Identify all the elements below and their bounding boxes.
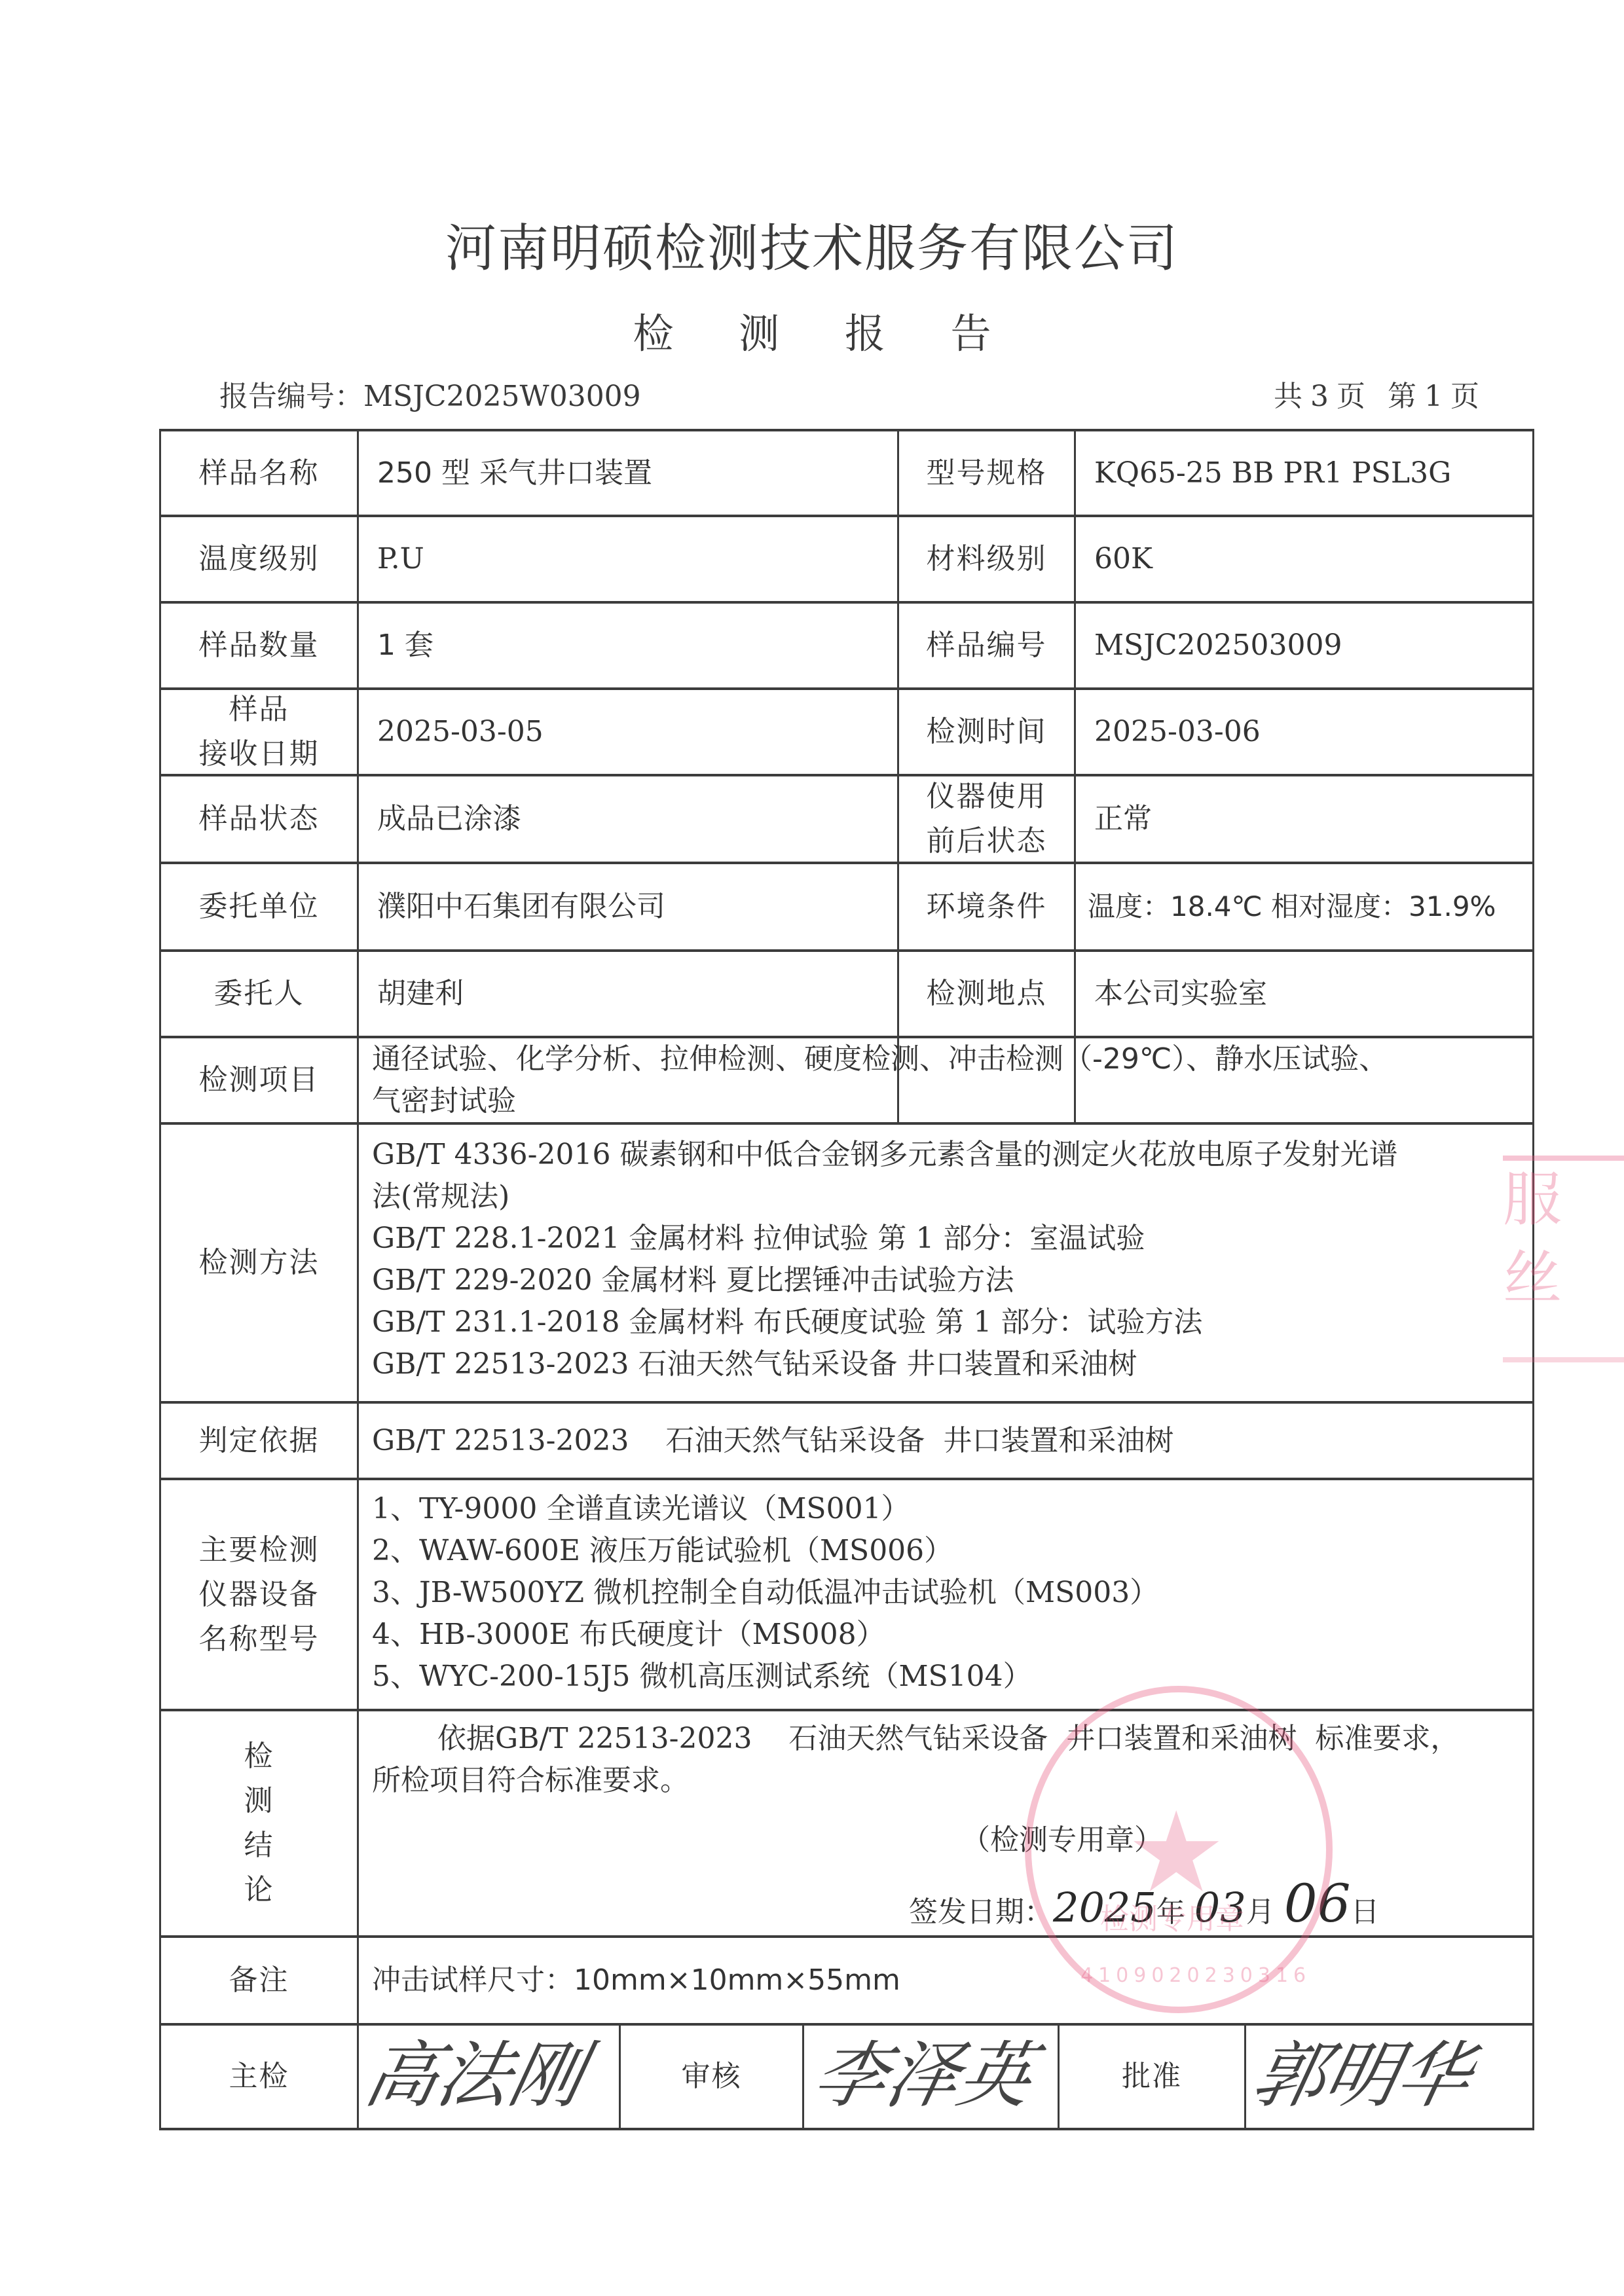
method-line: GB/T 228.1-2021 金属材料 拉伸试验 第 1 部分：室温试验 xyxy=(372,1218,1532,1260)
test-items-line: 通径试验、化学分析、拉伸检测、硬度检测、冲击检测（-29℃）、静水压试验、 xyxy=(372,1038,1532,1080)
label-test-methods: 检测方法 xyxy=(161,1125,357,1401)
issue-day: 06 xyxy=(1284,1873,1351,1934)
label-judgement-basis: 判定依据 xyxy=(161,1404,357,1478)
seal-note: （检测专用章） xyxy=(961,1819,1163,1861)
value-receipt-date: 2025-03-05 xyxy=(359,690,897,774)
label-model-spec: 型号规格 xyxy=(899,431,1074,515)
value-test-methods: GB/T 4336-2016 碳素钢和中低合金钢多元素含量的测定火花放电原子发射… xyxy=(359,1125,1532,1401)
year-char: 年 xyxy=(1156,1895,1185,1929)
label-temperature-class: 温度级别 xyxy=(161,517,357,601)
value-model-spec: KQ65-25 BB PR1 PSL3G xyxy=(1076,431,1532,515)
table-border xyxy=(1532,429,1534,2130)
table-border xyxy=(159,2128,1534,2130)
value-judgement-basis: GB/T 22513-2023 石油天然气钻采设备 井口装置和采油树 xyxy=(359,1404,1532,1478)
instrument-item: 4、HB-3000E 布氏硬度计（MS008） xyxy=(372,1614,1532,1656)
value-client-unit: 濮阳中石集团有限公司 xyxy=(359,864,897,949)
label-line: 名称型号 xyxy=(199,1617,320,1662)
report-number-value: MSJC2025W03009 xyxy=(363,380,641,413)
label-line: 仪器设备 xyxy=(199,1573,320,1617)
conclusion-line: 依据GB/T 22513-2023 石油天然气钻采设备 井口装置和采油树 标准要… xyxy=(437,1718,1459,1760)
label-line: 仪器使用 xyxy=(927,774,1047,819)
label-approver: 批准 xyxy=(1060,2026,1244,2128)
value-environment: 温度：18.4℃ 相对湿度：31.9% xyxy=(1076,864,1532,949)
page-total-prefix: 共 xyxy=(1274,380,1302,413)
issue-date-label: 签发日期： xyxy=(909,1895,1053,1929)
label-environment: 环境条件 xyxy=(899,864,1074,949)
value-client-person: 胡建利 xyxy=(359,952,897,1036)
label-instruments: 主要检测 仪器设备 名称型号 xyxy=(161,1480,357,1709)
label-sample-name: 样品名称 xyxy=(161,431,357,515)
label-line: 前后状态 xyxy=(927,819,1047,864)
label-test-location: 检测地点 xyxy=(899,952,1074,1036)
instrument-item: 1、TY-9000 全谱直读光谱议（MS001） xyxy=(372,1488,1532,1530)
instrument-item: 3、JB-W500YZ 微机控制全自动低温冲击试验机（MS003） xyxy=(372,1572,1532,1614)
label-sample-status: 样品状态 xyxy=(161,776,357,862)
value-instruments: 1、TY-9000 全谱直读光谱议（MS001） 2、WAW-600E 液压万能… xyxy=(359,1480,1532,1709)
label-line: 接收日期 xyxy=(199,732,320,776)
label-test-date: 检测时间 xyxy=(899,690,1074,774)
label-char: 测 xyxy=(244,1779,274,1823)
value-sample-quantity: 1 套 xyxy=(359,604,897,687)
value-temperature-class: P.U xyxy=(359,517,897,601)
label-char: 结 xyxy=(244,1823,274,1868)
row-divider xyxy=(159,2023,1534,2026)
label-receipt-date: 样品 接收日期 xyxy=(161,690,357,774)
conclusion-line: 所检项目符合标准要求。 xyxy=(372,1760,689,1802)
method-line: GB/T 229-2020 金属材料 夏比摆锤冲击试验方法 xyxy=(372,1260,1532,1302)
page-indicator: 共3页 第1页 xyxy=(1270,378,1483,415)
test-items-line: 气密封试验 xyxy=(372,1080,1532,1122)
label-material-class: 材料级别 xyxy=(899,517,1074,601)
value-sample-status: 成品已涂漆 xyxy=(359,776,897,862)
issue-date: 签发日期：2025年 03月 06日 xyxy=(909,1883,1380,1933)
value-conclusion: 依据GB/T 22513-2023 石油天然气钻采设备 井口装置和采油树 标准要… xyxy=(359,1711,1532,1935)
method-line: GB/T 231.1-2018 金属材料 布氏硬度试验 第 1 部分：试验方法 xyxy=(372,1302,1532,1343)
label-sample-number: 样品编号 xyxy=(899,604,1074,687)
value-material-class: 60K xyxy=(1076,517,1532,601)
inspector-signature: 高法刚 xyxy=(358,2036,591,2115)
method-line: GB/T 4336-2016 碳素钢和中低合金钢多元素含量的测定火花放电原子发射… xyxy=(372,1134,1532,1176)
page-total-suffix: 页 xyxy=(1337,380,1365,413)
approver-signature: 郭明华 xyxy=(1246,2036,1479,2115)
document-title: 检 测 报 告 xyxy=(0,308,1624,360)
month-char: 月 xyxy=(1246,1895,1275,1929)
label-client-person: 委托人 xyxy=(161,952,357,1036)
page-current-suffix: 页 xyxy=(1450,380,1479,413)
label-client-unit: 委托单位 xyxy=(161,864,357,949)
label-reviewer: 审核 xyxy=(621,2026,802,2128)
method-line: GB/T 22513-2023 石油天然气钻采设备 井口装置和采油树 xyxy=(372,1343,1532,1385)
label-char: 检 xyxy=(244,1734,274,1779)
label-char: 论 xyxy=(244,1868,274,1912)
value-remarks: 冲击试样尺寸：10mm×10mm×55mm xyxy=(359,1938,1532,2023)
page-total: 3 xyxy=(1310,380,1329,413)
label-conclusion: 检 测 结 论 xyxy=(161,1711,357,1935)
instrument-item: 2、WAW-600E 液压万能试验机（MS006） xyxy=(372,1530,1532,1572)
issue-year: 2025 xyxy=(1053,1884,1156,1931)
column-divider xyxy=(802,2023,804,2129)
label-line: 主要检测 xyxy=(199,1528,320,1573)
issue-month: 03 xyxy=(1194,1884,1246,1931)
label-line: 样品 xyxy=(229,687,289,732)
label-remarks: 备注 xyxy=(161,1938,357,2023)
reviewer-signature: 李泽英 xyxy=(807,2036,1040,2115)
value-test-items: 通径试验、化学分析、拉伸检测、硬度检测、冲击检测（-29℃）、静水压试验、 气密… xyxy=(359,1038,1532,1122)
report-number: 报告编号：MSJC2025W03009 xyxy=(219,378,641,415)
method-line: 法(常规法) xyxy=(372,1176,1532,1218)
day-char: 日 xyxy=(1351,1895,1380,1929)
label-test-items: 检测项目 xyxy=(161,1038,357,1122)
value-test-location: 本公司实验室 xyxy=(1076,952,1532,1036)
page-current: 1 xyxy=(1424,380,1443,413)
label-inspector: 主检 xyxy=(161,2026,357,2128)
value-sample-name: 250 型 采气井口装置 xyxy=(359,431,897,515)
value-sample-number: MSJC202503009 xyxy=(1076,604,1532,687)
value-test-date: 2025-03-06 xyxy=(1076,690,1532,774)
value-instrument-status: 正常 xyxy=(1076,776,1532,862)
label-sample-quantity: 样品数量 xyxy=(161,604,357,687)
instrument-item: 5、WYC-200-15J5 微机高压测试系统（MS104） xyxy=(372,1656,1532,1698)
page-current-prefix: 第 xyxy=(1388,380,1416,413)
report-number-label: 报告编号： xyxy=(219,380,363,413)
company-title: 河南明硕检测技术服务有限公司 xyxy=(0,216,1624,282)
label-instrument-status: 仪器使用 前后状态 xyxy=(899,776,1074,862)
